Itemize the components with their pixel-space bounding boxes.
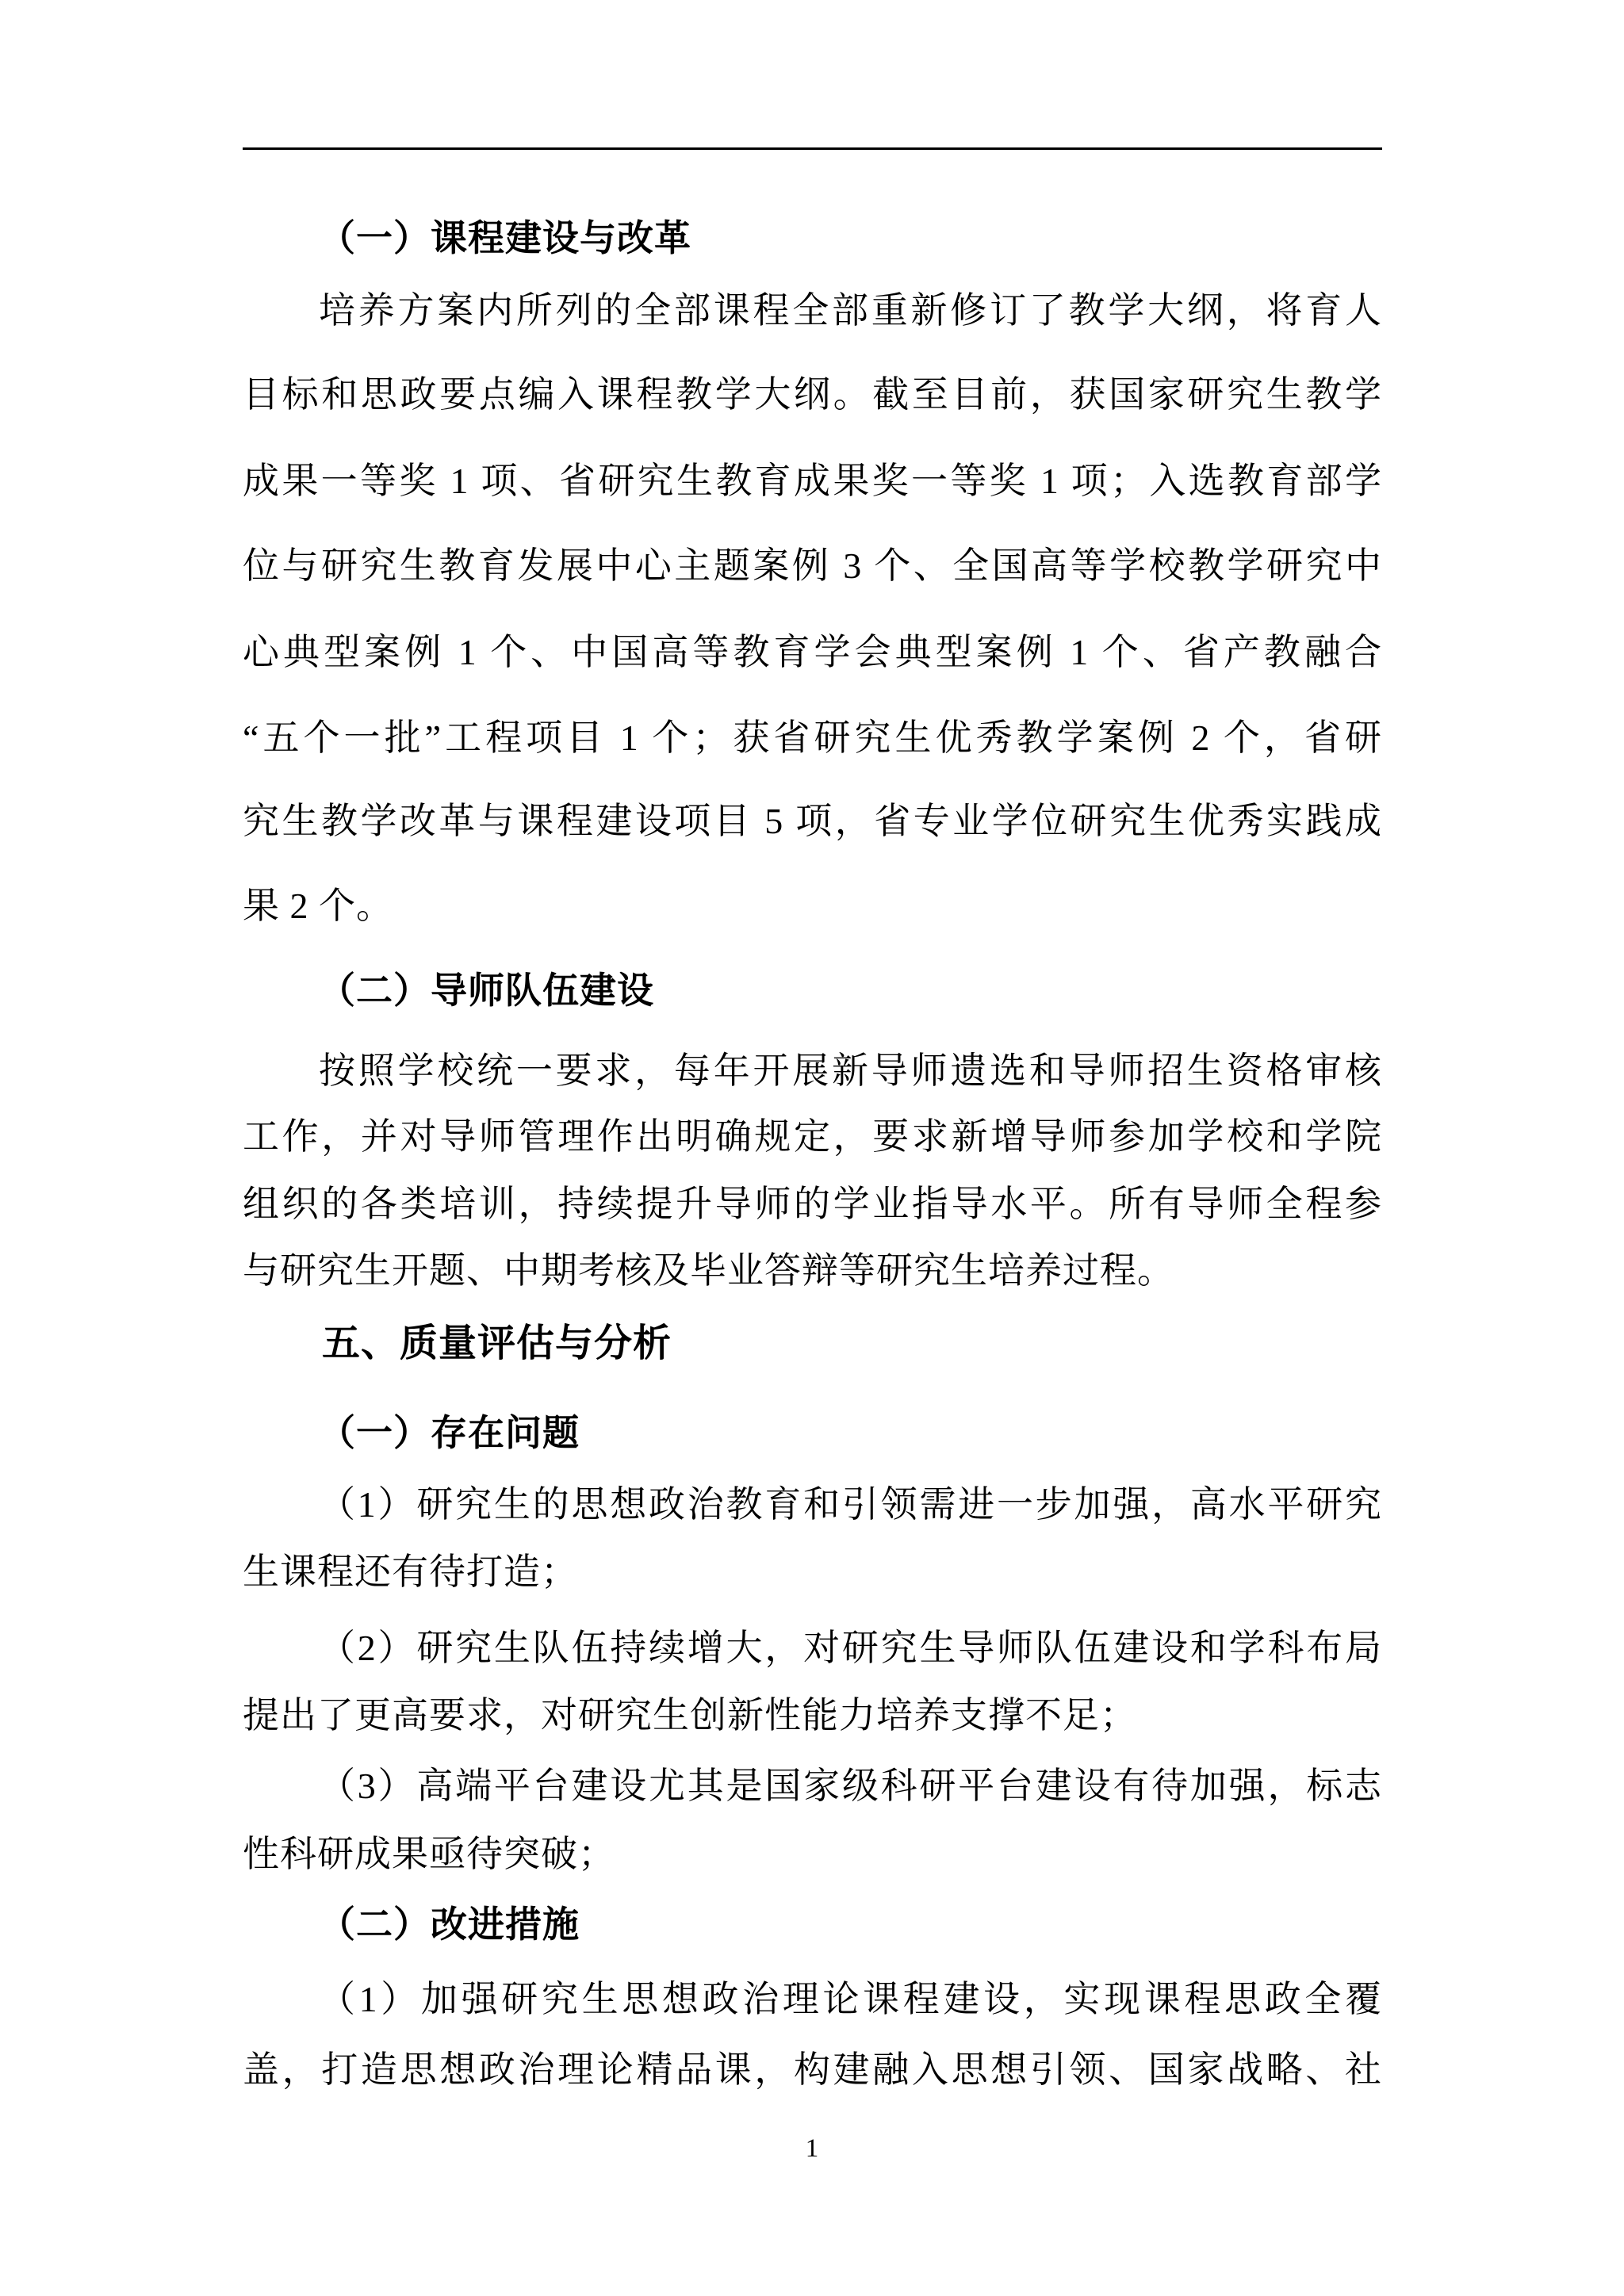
body-line: “五个一批”工程项目 1 个；获省研究生优秀教学案例 2 个，省研 bbox=[243, 716, 1382, 760]
body-line: 位与研究生教育发展中心主题案例 3 个、全国高等学校教学研究中 bbox=[243, 544, 1382, 588]
subheading-supervisor-team-building: （二）导师队伍建设 bbox=[243, 968, 1382, 1012]
body-line: 与研究生开题、中期考核及毕业答辩等研究生培养过程。 bbox=[243, 1249, 1382, 1293]
document-page: （一）课程建设与改革 培养方案内所列的全部课程全部重新修订了教学大纲，将育人 目… bbox=[0, 0, 1624, 2296]
body-line: 盖，打造思想政治理论精品课，构建融入思想引领、国家战略、社 bbox=[243, 2048, 1382, 2092]
body-line: 组织的各类培训，持续提升导师的学业指导水平。所有导师全程参 bbox=[243, 1182, 1382, 1226]
body-line: 生课程还有待打造； bbox=[243, 1550, 1382, 1594]
body-line: （1）研究生的思想政治教育和引领需进一步加强，高水平研究 bbox=[243, 1483, 1382, 1527]
body-line: 目标和思政要点编入课程教学大纲。截至目前，获国家研究生教学 bbox=[243, 373, 1382, 417]
body-line: 培养方案内所列的全部课程全部重新修订了教学大纲，将育人 bbox=[243, 289, 1382, 333]
header-rule bbox=[243, 147, 1382, 150]
body-line: 心典型案例 1 个、中国高等教育学会典型案例 1 个、省产教融合 bbox=[243, 630, 1382, 675]
body-line: 果 2 个。 bbox=[243, 884, 1382, 928]
body-line: 按照学校统一要求，每年开展新导师遗选和导师招生资格审核 bbox=[243, 1049, 1382, 1093]
body-line: 成果一等奖 1 项、省研究生教育成果奖一等奖 1 项；入选教育部学 bbox=[243, 459, 1382, 503]
body-line: 工作，并对导师管理作出明确规定，要求新增导师参加学校和学院 bbox=[243, 1115, 1382, 1159]
body-line: 性科研成果亟待突破； bbox=[243, 1832, 1382, 1877]
subheading-improvement-measures: （二）改进措施 bbox=[243, 1902, 1382, 1946]
body-line: 提出了更高要求，对研究生创新性能力培养支撑不足； bbox=[243, 1693, 1382, 1738]
body-line: （3）高端平台建设尤其是国家级科研平台建设有待加强，标志 bbox=[243, 1764, 1382, 1808]
page-number: 1 bbox=[0, 2133, 1624, 2164]
body-line: （2）研究生队伍持续增大，对研究生导师队伍建设和学科布局 bbox=[243, 1626, 1382, 1670]
subheading-existing-problems: （一）存在问题 bbox=[243, 1410, 1382, 1455]
body-line: 究生教学改革与课程建设项目 5 项，省专业学位研究生优秀实践成 bbox=[243, 799, 1382, 844]
heading-quality-evaluation-analysis: 五、质量评估与分析 bbox=[243, 1321, 1382, 1367]
body-line: （1）加强研究生思想政治理论课程建设，实现课程思政全覆 bbox=[243, 1977, 1382, 2022]
subheading-course-construction-reform: （一）课程建设与改革 bbox=[243, 216, 1382, 260]
